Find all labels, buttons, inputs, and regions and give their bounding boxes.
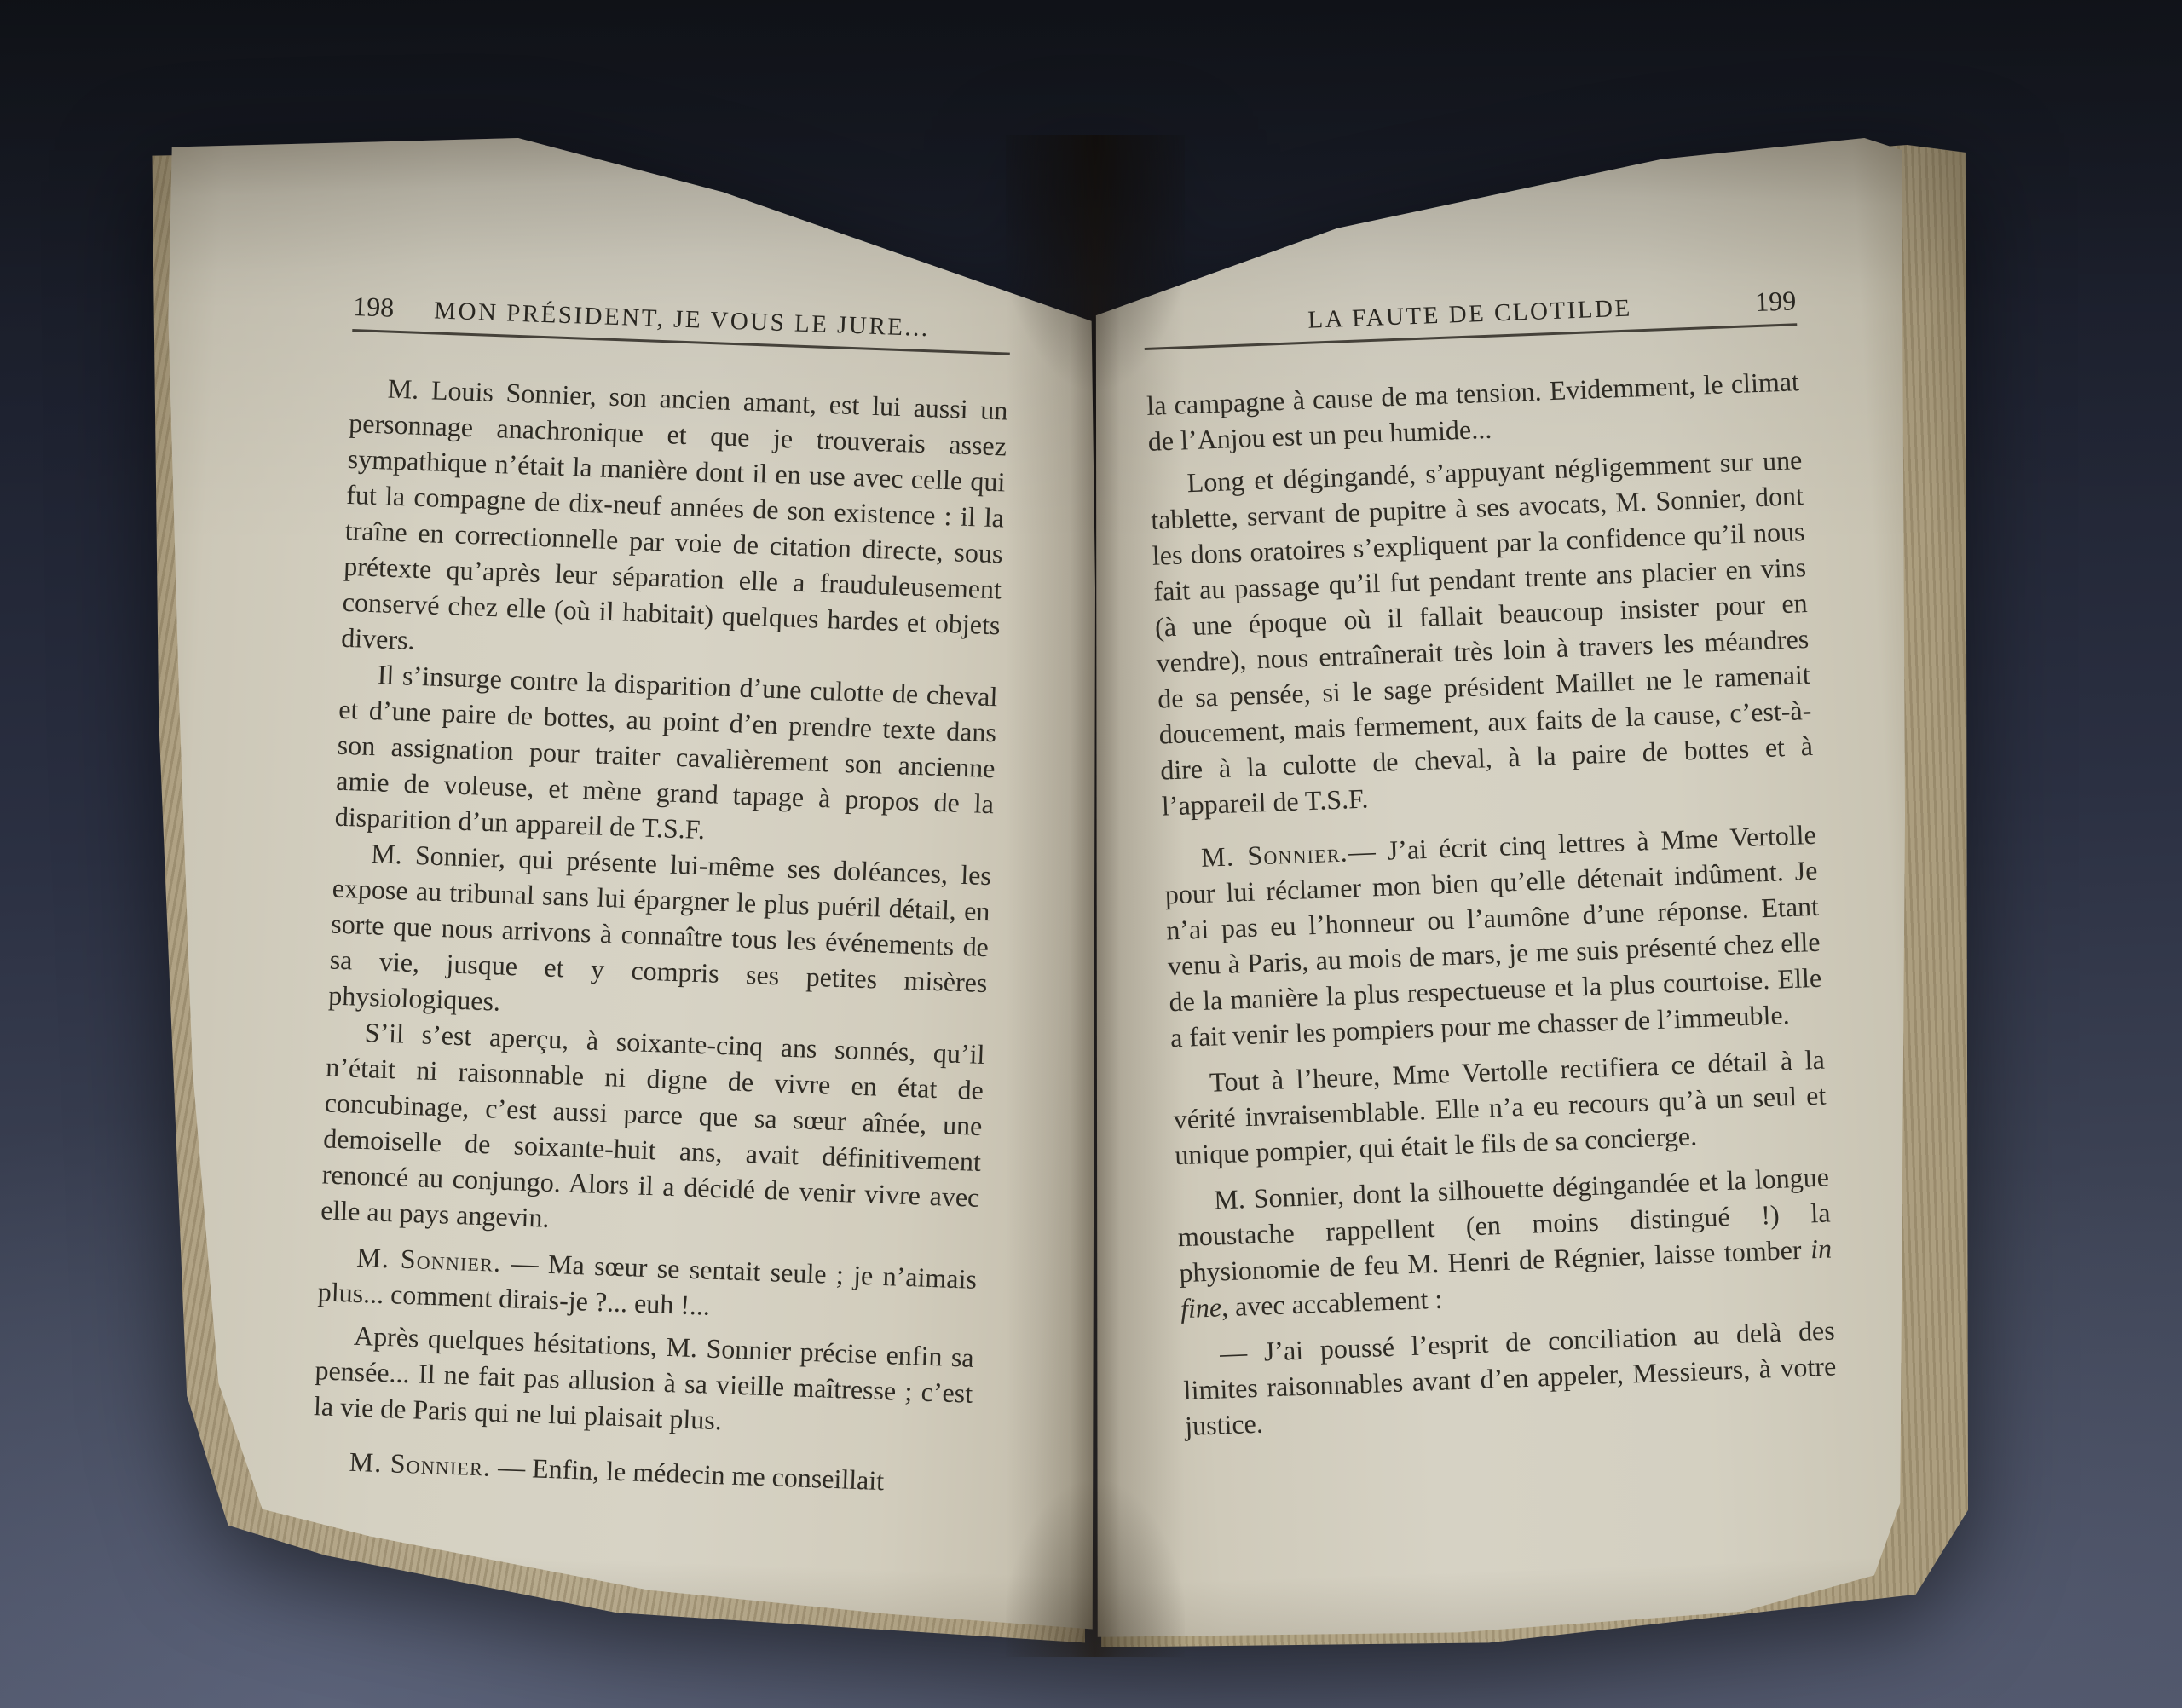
photo-background: 198 MON PRÉSIDENT, JE VOUS LE JURE... M.… (0, 0, 2182, 1708)
speaker-name: M. Sonnier. (1201, 836, 1349, 872)
right-body-copy: la campagne à cause de ma tension. Evide… (1146, 363, 1838, 1444)
left-page: 198 MON PRÉSIDENT, JE VOUS LE JURE... M.… (165, 138, 1095, 1638)
paragraph-text: , avec accablement : (1221, 1284, 1443, 1323)
left-body-copy: M. Louis Sonnier, son ancien amant, est … (311, 369, 1008, 1502)
paragraph: M. Louis Sonnier, son ancien amant, est … (341, 369, 1009, 678)
dialogue-paragraph: M. Sonnier. — Ma sœur se sentait seule ;… (317, 1238, 978, 1333)
paragraph: Il s’insurge contre la disparition d’une… (334, 655, 998, 857)
left-page-text: 198 MON PRÉSIDENT, JE VOUS LE JURE... M.… (311, 290, 1011, 1502)
right-page-text: LA FAUTE DE CLOTILDE 199 la campagne à c… (1143, 284, 1838, 1444)
dialogue-text: — Enfin, le médecin me conseillait (491, 1451, 885, 1496)
open-book: 198 MON PRÉSIDENT, JE VOUS LE JURE... M.… (158, 135, 1973, 1657)
paragraph: S’il s’est aperçu, à soixante-cinq ans s… (320, 1013, 986, 1250)
speaker-name: M. Sonnier. (356, 1242, 502, 1278)
left-page-number: 198 (353, 288, 395, 326)
paragraph: Tout à l’heure, Mme Vertolle rectifiera … (1171, 1042, 1827, 1174)
speaker-name: M. Sonnier. (349, 1446, 492, 1482)
right-page-number: 199 (1754, 282, 1797, 320)
right-page: LA FAUTE DE CLOTILDE 199 la campagne à c… (1094, 138, 1905, 1642)
dialogue-paragraph: — J’ai poussé l’esprit de conciliation a… (1181, 1312, 1838, 1444)
paragraph: Après quelques hésitations, M. Sonnier p… (313, 1316, 974, 1447)
dialogue-paragraph: M. Sonnier.— J’ai écrit cinq lettres à M… (1163, 816, 1823, 1056)
paragraph: M. Sonnier, dont la silhouette dégingand… (1176, 1159, 1834, 1327)
right-running-title: LA FAUTE DE CLOTILDE (1307, 294, 1632, 333)
dialogue-paragraph: M. Sonnier. — Enfin, le médecin me conse… (311, 1442, 970, 1502)
paragraph-text: M. Sonnier, dont la silhouette dégingand… (1177, 1162, 1831, 1289)
paragraph: M. Sonnier, qui présente lui-même ses do… (328, 834, 992, 1036)
paragraph: Long et dégingandé, s’appuyant négligemm… (1149, 441, 1815, 823)
